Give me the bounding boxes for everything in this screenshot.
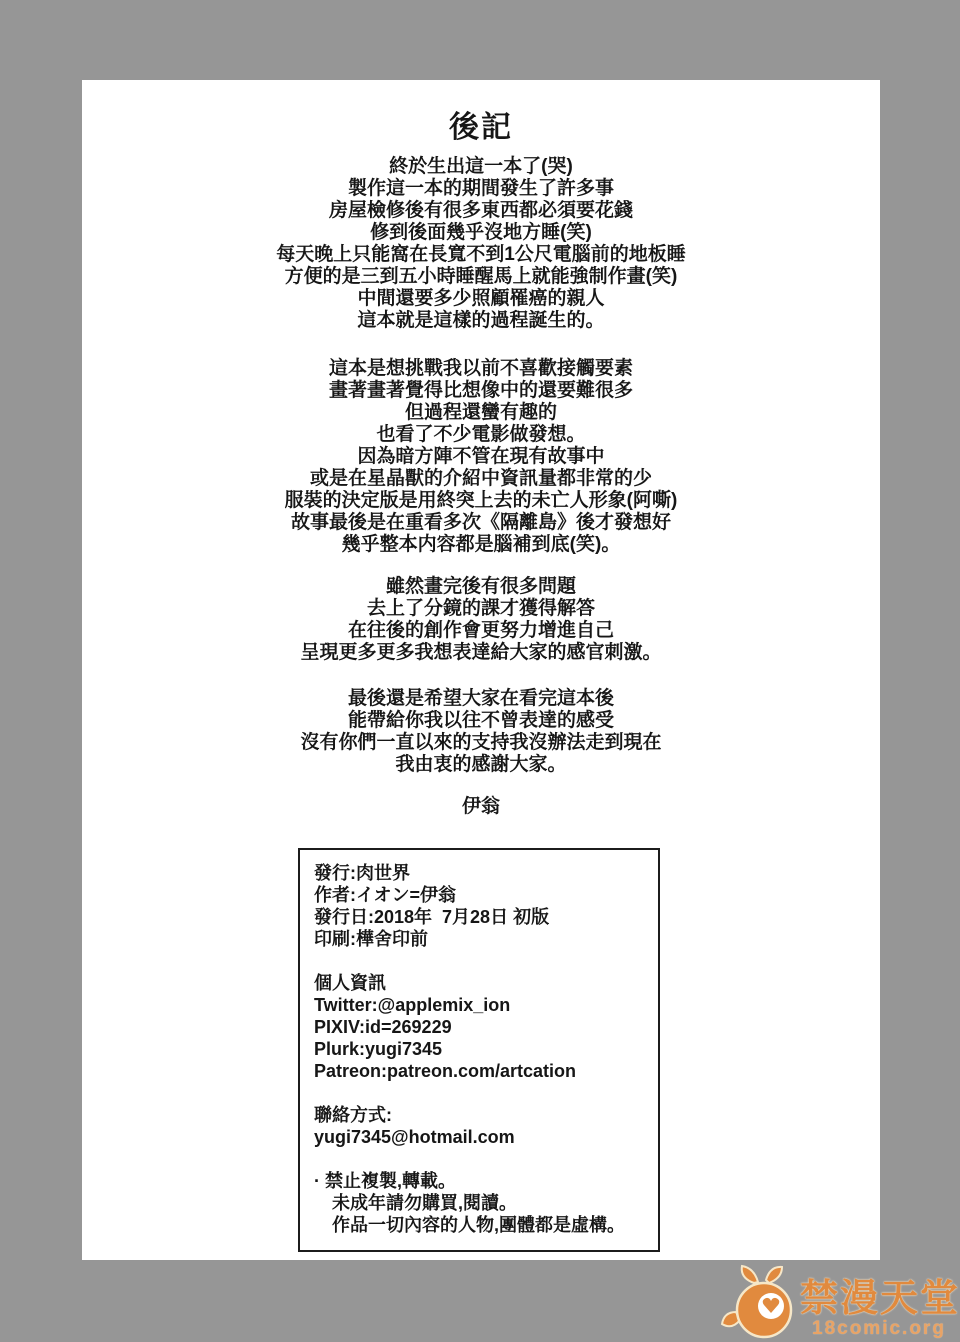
text-line: 發行日:2018年 7月28日 初版 <box>314 906 644 928</box>
text-line: 修到後面幾乎沒地方睡(笑) <box>82 222 880 244</box>
text-line: 幾乎整本内容都是腦補到底(笑)。 <box>82 534 880 556</box>
personal-info: 個人資訊Twitter:@applemix_ionPIXIV:id=269229… <box>314 972 644 1082</box>
text-line: 個人資訊 <box>314 972 644 994</box>
watermark-site-name: 禁漫天堂 <box>800 1280 960 1318</box>
text-line: 因為暗方陣不管在現有故事中 <box>82 446 880 468</box>
text-line: 發行:肉世界 <box>314 862 644 884</box>
text-line: 作品一切內容的人物,團體都是虛構。 <box>314 1214 644 1236</box>
text-line: 雖然畫完後有很多問題 <box>82 576 880 598</box>
text-line: 或是在星晶獸的介紹中資訊量都非常的少 <box>82 468 880 490</box>
text-line: 服裝的決定版是用終突上去的未亡人形象(阿嘶) <box>82 490 880 512</box>
text-line: 去上了分鏡的課才獲得解答 <box>82 598 880 620</box>
colophon-box: 發行:肉世界作者:イオン=伊翁發行日:2018年 7月28日 初版印刷:樺舍印前… <box>298 848 660 1252</box>
afterword-paragraph-4: 最後還是希望大家在看完這本後能帶給你我以往不曾表達的感受沒有你們一直以來的支持我… <box>82 688 880 776</box>
text-line: yugi7345@hotmail.com <box>314 1126 644 1148</box>
text-line: Plurk:yugi7345 <box>314 1038 644 1060</box>
text-line: 這本就是這樣的過程誕生的。 <box>82 310 880 332</box>
text-line: 故事最後是在重看多次《隔離島》後才發想好 <box>82 512 880 534</box>
contact-info: 聯絡方式:yugi7345@hotmail.com <box>314 1104 644 1148</box>
text-line: 最後還是希望大家在看完這本後 <box>82 688 880 710</box>
text-line: 也看了不少電影做發想。 <box>82 424 880 446</box>
text-line: 每天晚上只能窩在長寬不到1公尺電腦前的地板睡 <box>82 244 880 266</box>
scan-background: { "afterword": { "title": "後記", "paragra… <box>0 0 960 1342</box>
afterword-paragraph-1: 終於生出這一本了(哭)製作這一本的期間發生了許多事房屋檢修後有很多東西都必須要花… <box>82 156 880 332</box>
author-signature: 伊翁 <box>82 796 880 818</box>
text-line: 這本是想挑戰我以前不喜歡接觸要素 <box>82 358 880 380</box>
afterword-paragraph-3: 雖然畫完後有很多問題去上了分鏡的課才獲得解答在往後的創作會更努力增進自己呈現更多… <box>82 576 880 664</box>
text-line: 印刷:樺舍印前 <box>314 928 644 950</box>
text-line: 房屋檢修後有很多東西都必須要花錢 <box>82 200 880 222</box>
text-line: 在往後的創作會更努力增進自己 <box>82 620 880 642</box>
text-line: 畫著畫著覺得比想像中的還要難很多 <box>82 380 880 402</box>
text-line: 能帶給你我以往不曾表達的感受 <box>82 710 880 732</box>
text-line: 未成年請勿購買,閱讀。 <box>314 1192 644 1214</box>
text-line: Patreon:patreon.com/artcation <box>314 1060 644 1082</box>
text-line: 但過程還蠻有趣的 <box>82 402 880 424</box>
watermark-site-url: 18comic.org <box>812 1318 946 1340</box>
text-line: 聯絡方式: <box>314 1104 644 1126</box>
text-line: PIXIV:id=269229 <box>314 1016 644 1038</box>
text-line: 方便的是三到五小時睡醒馬上就能強制作畫(笑) <box>82 266 880 288</box>
text-line: 我由衷的感謝大家。 <box>82 754 880 776</box>
text-line: 作者:イオン=伊翁 <box>314 884 644 906</box>
page-title: 後記 <box>82 110 880 146</box>
text-line: 製作這一本的期間發生了許多事 <box>82 178 880 200</box>
text-line: 終於生出這一本了(哭) <box>82 156 880 178</box>
text-line: 沒有你們一直以來的支持我沒辦法走到現在 <box>82 732 880 754</box>
afterword-paragraph-2: 這本是想挑戰我以前不喜歡接觸要素畫著畫著覺得比想像中的還要難很多但過程還蠻有趣的… <box>82 358 880 556</box>
text-line: · 禁止複製,轉載。 <box>314 1170 644 1192</box>
afterword-page: 後記 終於生出這一本了(哭)製作這一本的期間發生了許多事房屋檢修後有很多東西都必… <box>82 80 880 1260</box>
text-line: Twitter:@applemix_ion <box>314 994 644 1016</box>
text-line: 呈現更多更多我想表達給大家的感官刺激。 <box>82 642 880 664</box>
site-watermark: 禁漫天堂 18comic.org <box>710 1260 960 1342</box>
mascot-icon <box>720 1260 800 1342</box>
publication-info: 發行:肉世界作者:イオン=伊翁發行日:2018年 7月28日 初版印刷:樺舍印前 <box>314 862 644 950</box>
legal-notice: · 禁止複製,轉載。 未成年請勿購買,閱讀。 作品一切內容的人物,團體都是虛構。 <box>314 1170 644 1236</box>
text-line: 中間還要多少照顧罹癌的親人 <box>82 288 880 310</box>
